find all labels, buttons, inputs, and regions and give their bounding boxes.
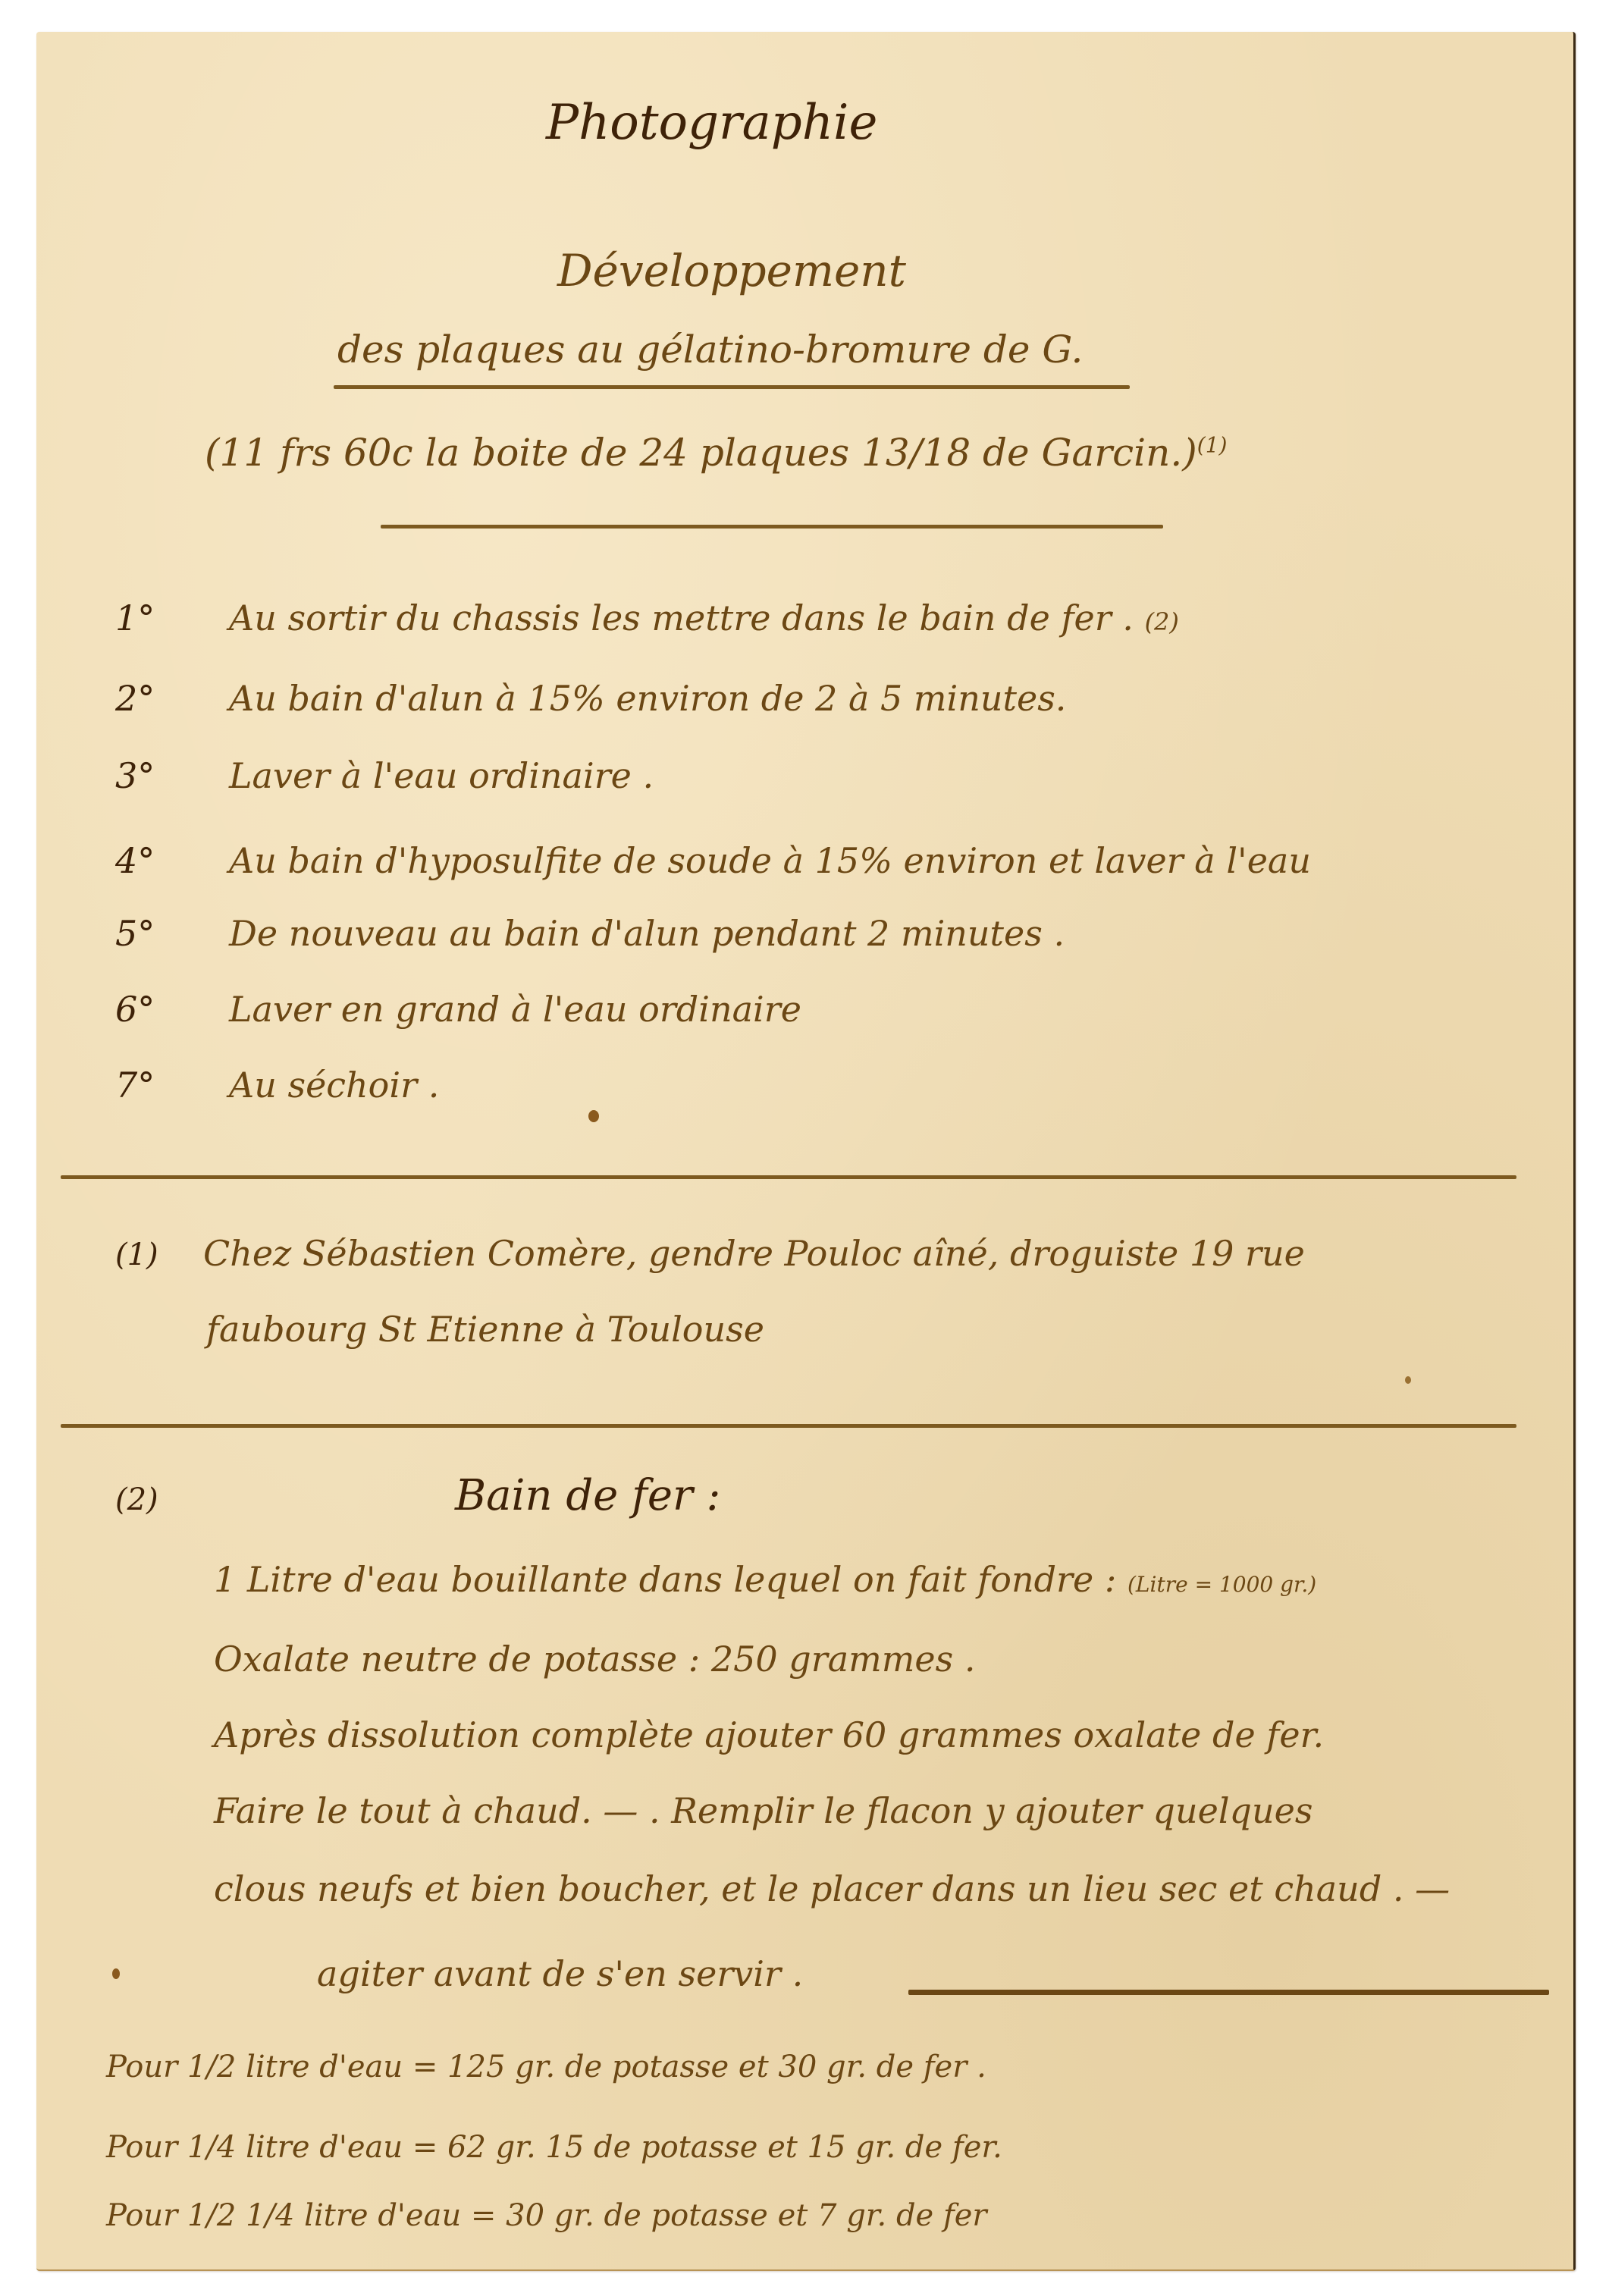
proportion-eighth-litre: Pour 1/2 1/4 litre d'eau = 30 gr. de pot…: [106, 2200, 987, 2231]
step-text: Au bain d'alun à 15% environ de 2 à 5 mi…: [229, 681, 1066, 716]
recipe-line-1: 1 Litre d'eau bouillante dans lequel on …: [214, 1562, 1316, 1597]
litre-note: (Litre = 1000 gr.): [1127, 1572, 1316, 1597]
step-text: Au sortir du chassis les mettre dans le …: [229, 601, 1179, 635]
footnote-2-marker: (2): [115, 1485, 158, 1515]
step-footnote-ref: (2): [1145, 607, 1179, 636]
proportion-half-litre: Pour 1/2 litre d'eau = 125 gr. de potass…: [106, 2052, 986, 2082]
recipe-line-1-text: 1 Litre d'eau bouillante dans lequel on …: [214, 1559, 1116, 1600]
subheading-underline: [334, 385, 1130, 389]
ink-blot: [588, 1110, 599, 1122]
step-number: 6°: [115, 992, 155, 1027]
step-text: Laver à l'eau ordinaire .: [229, 758, 654, 793]
price-note-ref: (1): [1197, 432, 1228, 457]
step-number: 2°: [115, 681, 155, 716]
section-subheading: des plaques au gélatino-bromure de G.: [337, 331, 1083, 369]
page-title: Photographie: [546, 99, 877, 147]
step-text: De nouveau au bain d'alun pendant 2 minu…: [229, 916, 1065, 951]
proportion-quarter-litre: Pour 1/4 litre d'eau = 62 gr. 15 de pota…: [106, 2132, 1002, 2163]
step-number: 1°: [115, 601, 155, 635]
margin-ink-blot: [112, 1968, 120, 1979]
step-number: 5°: [115, 916, 155, 951]
ink-spot: [1405, 1376, 1411, 1384]
step-text: Au bain d'hyposulfite de soude à 15% env…: [229, 843, 1311, 878]
recipe-line-4: Faire le tout à chaud. — . Remplir le fl…: [214, 1793, 1312, 1828]
bain-de-fer-heading: Bain de fer :: [455, 1475, 720, 1517]
divider-1: [61, 1175, 1516, 1179]
price-note-underline: [381, 525, 1163, 529]
step-number: 3°: [115, 758, 155, 793]
price-note-text: (11 frs 60c la boite de 24 plaques 13/18…: [205, 431, 1197, 475]
step-number: 4°: [115, 843, 155, 878]
footnote-1-line-2: faubourg St Etienne à Toulouse: [206, 1312, 764, 1347]
closing-underline: [908, 1990, 1549, 1995]
recipe-line-5: clous neufs et bien boucher, et le place…: [214, 1871, 1450, 1906]
footnote-1-line-1: Chez Sébastien Comère, gendre Pouloc aîn…: [203, 1236, 1305, 1271]
recipe-line-3: Après dissolution complète ajouter 60 gr…: [214, 1717, 1324, 1752]
section-heading: Développement: [557, 249, 906, 293]
step-text-content: Au sortir du chassis les mettre dans le …: [229, 598, 1134, 638]
divider-2: [61, 1424, 1516, 1428]
step-text: Laver en grand à l'eau ordinaire: [229, 992, 801, 1027]
price-note: (11 frs 60c la boite de 24 plaques 13/18…: [205, 434, 1227, 472]
recipe-line-6: agiter avant de s'en servir .: [317, 1956, 803, 1991]
step-text: Au séchoir .: [229, 1068, 439, 1103]
recipe-line-2: Oxalate neutre de potasse : 250 grammes …: [214, 1642, 975, 1677]
footnote-1-marker: (1): [115, 1240, 158, 1270]
step-number: 7°: [115, 1068, 155, 1103]
